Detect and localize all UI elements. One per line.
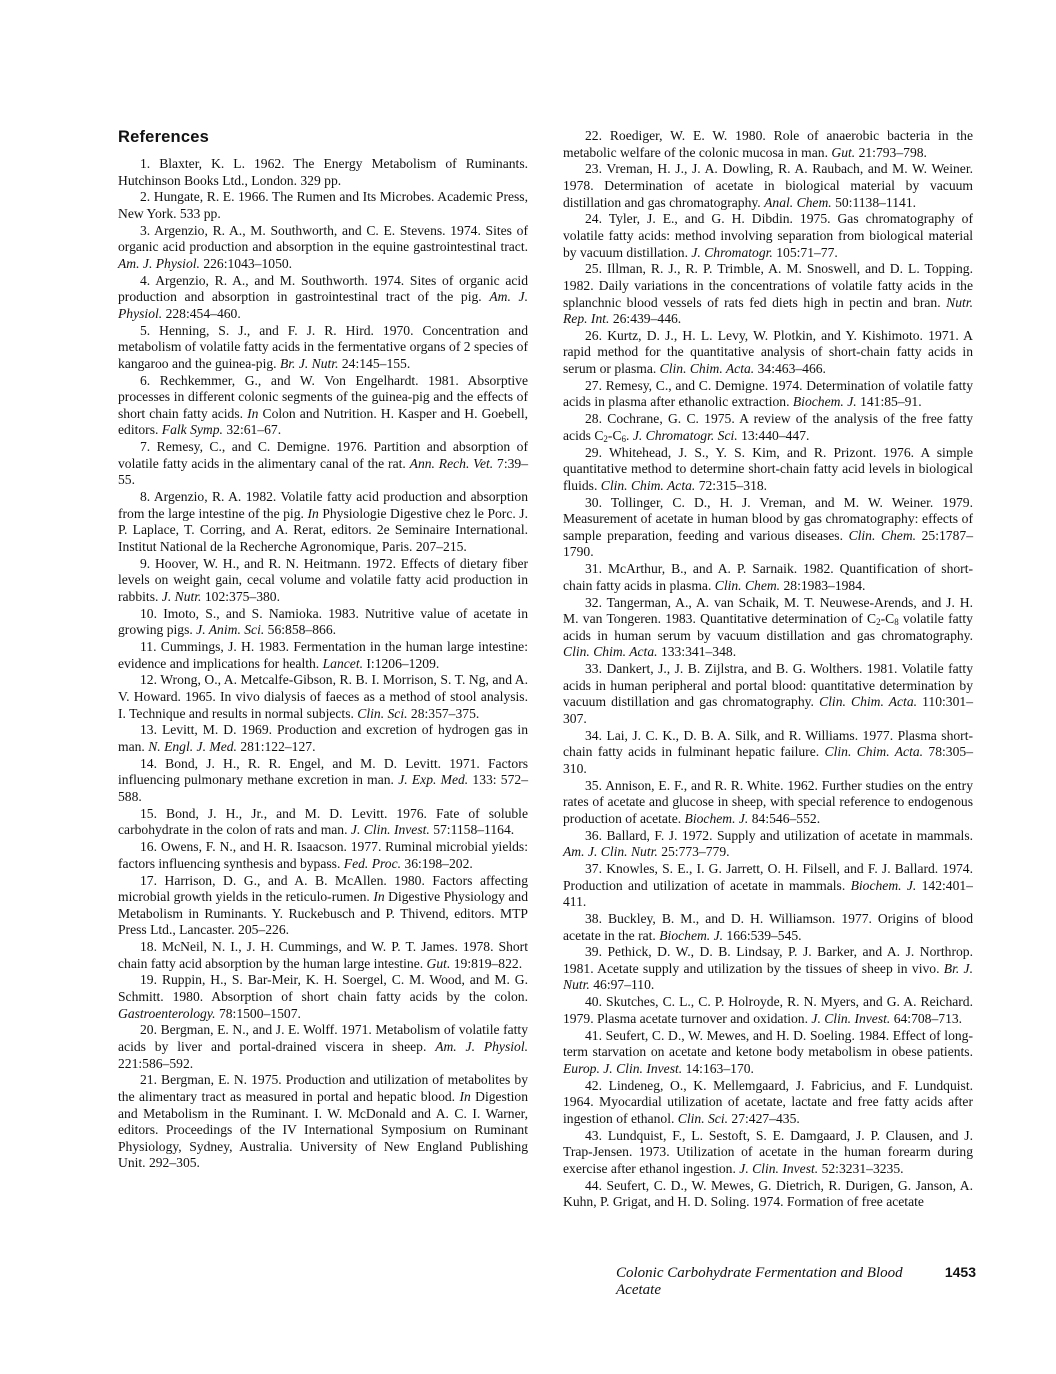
reference-number: 20. [140,1022,161,1037]
reference-entry: 2. Hungate, R. E. 1966. The Rumen and It… [118,189,528,222]
reference-number: 27. [585,378,606,393]
journal-name: In [373,889,384,904]
journal-name: J. Nutr. [162,589,202,604]
reference-citation: 166:539–545. [723,928,802,943]
reference-entry: 36. Ballard, F. J. 1972. Supply and util… [563,828,973,861]
reference-number: 30. [585,495,611,510]
journal-name: J. Clin. Invest. [351,822,430,837]
reference-entry: 32. Tangerman, A., A. van Schaik, M. T. … [563,595,973,661]
reference-number: 7. [140,439,157,454]
reference-number: 6. [140,373,160,388]
page-footer: Colonic Carbohydrate Fermentation and Bl… [616,1264,976,1299]
reference-entry: 15. Bond, J. H., Jr., and M. D. Levitt. … [118,806,528,839]
journal-name: In [247,406,258,421]
reference-citation: 226:1043–1050. [200,256,292,271]
reference-entry: 37. Knowles, S. E., I. G. Jarrett, O. H.… [563,861,973,911]
journal-name: Clin. Sci. [357,706,407,721]
reference-number: 14. [140,756,165,771]
reference-entry: 11. Cummings, J. H. 1983. Fermentation i… [118,639,528,672]
running-title: Colonic Carbohydrate Fermentation and Bl… [616,1265,945,1299]
journal-name: Clin. Chim. Acta. [660,361,755,376]
reference-entry: 24. Tyler, J. E., and G. H. Dibdin. 1975… [563,211,973,261]
reference-entry: 4. Argenzio, R. A., and M. Southworth. 1… [118,273,528,323]
journal-name: J. Chromatogr. [691,245,772,260]
reference-entry: 30. Tollinger, C. D., H. J. Vreman, and … [563,495,973,561]
reference-citation: 102:375–380. [201,589,280,604]
reference-number: 28. [585,411,607,426]
reference-number: 43. [585,1128,608,1143]
journal-name: Ann. Rech. Vet. [410,456,494,471]
references-column-left: 1. Blaxter, K. L. 1962. The Energy Metab… [118,156,528,1172]
reference-number: 37. [585,861,606,876]
page-number: 1453 [945,1264,976,1280]
journal-name: Falk Symp. [162,422,223,437]
reference-text: Seufert, C. D., W. Mewes, and H. D. Soel… [563,1028,973,1060]
reference-citation: 72:315–318. [695,478,767,493]
reference-number: 34. [585,728,606,743]
reference-citation: 34:463–466. [754,361,826,376]
reference-number: 9. [140,556,155,571]
reference-citation: 78:1500–1507. [216,1006,301,1021]
journal-name: Clin. Chim. Acta. [601,478,696,493]
reference-number: 15. [140,806,166,821]
reference-citation: 21:793–798. [855,145,927,160]
reference-entry: 43. Lundquist, F., L. Sestoft, S. E. Dam… [563,1128,973,1178]
reference-entry: 6. Rechkemmer, G., and W. Von Engelhardt… [118,373,528,439]
journal-name: In [459,1089,470,1104]
journal-name: J. Exp. Med. [398,772,468,787]
journal-name: Biochem. J. [659,928,723,943]
reference-number: 10. [140,606,163,621]
reference-number: 31. [585,561,608,576]
reference-citation: 36:198–202. [401,856,473,871]
reference-entry: 10. Imoto, S., and S. Namioka. 1983. Nut… [118,606,528,639]
reference-citation: 221:586–592. [118,1056,193,1071]
reference-number: 3. [140,223,154,238]
reference-citation: 57:1158–1164. [430,822,514,837]
journal-name: J. Clin. Invest. [739,1161,818,1176]
reference-entry: 23. Vreman, H. J., J. A. Dowling, R. A. … [563,161,973,211]
reference-entry: 27. Remesy, C., and C. Demigne. 1974. De… [563,378,973,411]
reference-citation: 56:858–866. [264,622,336,637]
reference-number: 4. [140,273,155,288]
reference-entry: 21. Bergman, E. N. 1975. Production and … [118,1072,528,1172]
journal-name: Biochem. J. [685,811,749,826]
reference-number: 33. [585,661,606,676]
reference-citation: 50:1138–1141. [832,195,916,210]
reference-entry: 17. Harrison, D. G., and A. B. McAllen. … [118,873,528,939]
reference-number: 23. [585,161,606,176]
journal-name: Biochem. J. [851,878,917,893]
journal-name: Biochem. J. [793,394,857,409]
journal-name: Clin. Chem. [849,528,917,543]
journal-name: In [307,506,318,521]
reference-citation: 105:71–77. [773,245,838,260]
reference-entry: 42. Lindeneg, O., K. Mellemgaard, J. Fab… [563,1078,973,1128]
reference-text: Hungate, R. E. 1966. The Rumen and Its M… [118,189,528,221]
reference-text: Ballard, F. J. 1972. Supply and utilizat… [606,828,973,843]
reference-text: Tangerman, A., A. van Schaik, M. T. Neuw… [563,595,973,643]
journal-name: Clin. Chim. Acta. [819,694,917,709]
reference-number: 44. [585,1178,607,1193]
reference-text: Illman, R. J., R. P. Trimble, A. M. Snos… [563,261,973,309]
reference-text: Seufert, C. D., W. Mewes, G. Dietrich, R… [563,1178,973,1210]
reference-number: 5. [140,323,159,338]
reference-entry: 39. Pethick, D. W., D. B. Lindsay, P. J.… [563,944,973,994]
reference-entry: 28. Cochrane, G. C. 1975. A review of th… [563,411,973,444]
reference-entry: 41. Seufert, C. D., W. Mewes, and H. D. … [563,1028,973,1078]
reference-entry: 9. Hoover, W. H., and R. N. Heitmann. 19… [118,556,528,606]
reference-text: Argenzio, R. A., M. Southworth, and C. E… [118,223,528,255]
reference-citation: 52:3231–3235. [818,1161,903,1176]
reference-number: 19. [140,972,162,987]
reference-number: 18. [140,939,162,954]
reference-citation: 26:439–446. [609,311,681,326]
reference-citation: 14:163–170. [682,1061,754,1076]
reference-number: 1. [140,156,159,171]
reference-citation: 64:708–713. [890,1011,962,1026]
reference-number: 26. [585,328,607,343]
references-heading: References [118,128,209,147]
journal-name: Clin. Chim. Acta. [825,744,924,759]
reference-entry: 20. Bergman, E. N., and J. E. Wolff. 197… [118,1022,528,1072]
journal-name: N. Engl. J. Med. [148,739,237,754]
reference-number: 11. [140,639,161,654]
reference-number: 21. [140,1072,161,1087]
reference-citation: 281:122–127. [237,739,316,754]
reference-entry: 31. McArthur, B., and A. P. Sarnaik. 198… [563,561,973,594]
reference-number: 40. [585,994,606,1009]
reference-entry: 14. Bond, J. H., R. R. Engel, and M. D. … [118,756,528,806]
references-column-right: 22. Roediger, W. E. W. 1980. Role of ana… [563,128,973,1211]
reference-number: 12. [140,672,160,687]
reference-number: 16. [140,839,161,854]
reference-entry: 25. Illman, R. J., R. P. Trimble, A. M. … [563,261,973,327]
reference-citation: 13:440–447. [738,428,810,443]
reference-number: 41. [585,1028,606,1043]
journal-name: Gastroenterology. [118,1006,216,1021]
reference-entry: 5. Henning, S. J., and F. J. R. Hird. 19… [118,323,528,373]
journal-name: Am. J. Physiol. [435,1039,528,1054]
journal-name: Clin. Sci. [678,1111,728,1126]
reference-citation: 133:341–348. [658,644,737,659]
journal-name: Fed. Proc. [344,856,401,871]
reference-number: 17. [140,873,165,888]
reference-number: 32. [585,595,607,610]
reference-citation: 46:97–110. [590,977,654,992]
reference-citation: 28:1983–1984. [780,578,865,593]
reference-number: 25. [585,261,607,276]
journal-name: Europ. J. Clin. Invest. [563,1061,682,1076]
reference-citation: 24:145–155. [338,356,410,371]
reference-entry: 18. McNeil, N. I., J. H. Cummings, and W… [118,939,528,972]
reference-entry: 22. Roediger, W. E. W. 1980. Role of ana… [563,128,973,161]
reference-number: 8. [140,489,154,504]
journal-name: Clin. Chem. [715,578,780,593]
reference-citation: 25:773–779. [658,844,730,859]
reference-entry: 19. Ruppin, H., S. Bar-Meir, K. H. Soerg… [118,972,528,1022]
journal-name: Clin. Chim. Acta. [563,644,658,659]
journal-name: Br. J. Nutr. [280,356,339,371]
reference-citation: 28:357–375. [408,706,480,721]
reference-entry: 34. Lai, J. C. K., D. B. A. Silk, and R.… [563,728,973,778]
reference-entry: 13. Levitt, M. D. 1969. Production and e… [118,722,528,755]
reference-citation: 84:546–552. [748,811,820,826]
reference-number: 29. [585,445,609,460]
journal-name: Lancet. [323,656,363,671]
reference-entry: 7. Remesy, C., and C. Demigne. 1976. Par… [118,439,528,489]
journal-name: Am. J. Clin. Nutr. [563,844,658,859]
reference-entry: 12. Wrong, O., A. Metcalfe-Gibson, R. B.… [118,672,528,722]
reference-text: Pethick, D. W., D. B. Lindsay, P. J. Bar… [563,944,973,976]
journal-name: Gut. [427,956,451,971]
journal-name: J. Clin. Invest. [811,1011,890,1026]
reference-number: 13. [140,722,162,737]
reference-entry: 26. Kurtz, D. J., H. L. Levy, W. Plotkin… [563,328,973,378]
journal-name: Anal. Chem. [764,195,832,210]
reference-citation: 27:427–435. [728,1111,800,1126]
reference-text: Argenzio, R. A., and M. Southworth. 1974… [118,273,528,305]
reference-entry: 44. Seufert, C. D., W. Mewes, G. Dietric… [563,1178,973,1211]
reference-entry: 40. Skutches, C. L., C. P. Holroyde, R. … [563,994,973,1027]
reference-entry: 33. Dankert, J., J. B. Zijlstra, and B. … [563,661,973,727]
journal-name: Am. J. Physiol. [118,256,200,271]
reference-entry: 38. Buckley, B. M., and D. H. Williamson… [563,911,973,944]
reference-text: Blaxter, K. L. 1962. The Energy Metaboli… [118,156,528,188]
reference-number: 39. [585,944,608,959]
reference-entry: 3. Argenzio, R. A., M. Southworth, and C… [118,223,528,273]
reference-entry: 35. Annison, E. F., and R. R. White. 196… [563,778,973,828]
reference-number: 24. [585,211,609,226]
reference-entry: 8. Argenzio, R. A. 1982. Volatile fatty … [118,489,528,555]
reference-entry: 29. Whitehead, J. S., Y. S. Kim, and R. … [563,445,973,495]
reference-number: 35. [585,778,605,793]
reference-number: 38. [585,911,608,926]
reference-citation: 19:819–822. [450,956,522,971]
journal-name: J. Anim. Sci. [196,622,264,637]
reference-number: 22. [585,128,610,143]
reference-text: Ruppin, H., S. Bar-Meir, K. H. Soergel, … [118,972,528,1004]
reference-citation: 32:61–67. [223,422,281,437]
reference-number: 36. [585,828,606,843]
journal-name: Gut. [831,145,855,160]
reference-entry: 16. Owens, F. N., and H. R. Isaacson. 19… [118,839,528,872]
reference-citation: 228:454–460. [162,306,241,321]
reference-number: 2. [140,189,154,204]
reference-number: 42. [585,1078,609,1093]
reference-citation: 141:85–91. [857,394,922,409]
reference-entry: 1. Blaxter, K. L. 1962. The Energy Metab… [118,156,528,189]
journal-name: J. Chromatogr. Sci. [633,428,738,443]
reference-citation: I:1206–1209. [363,656,439,671]
